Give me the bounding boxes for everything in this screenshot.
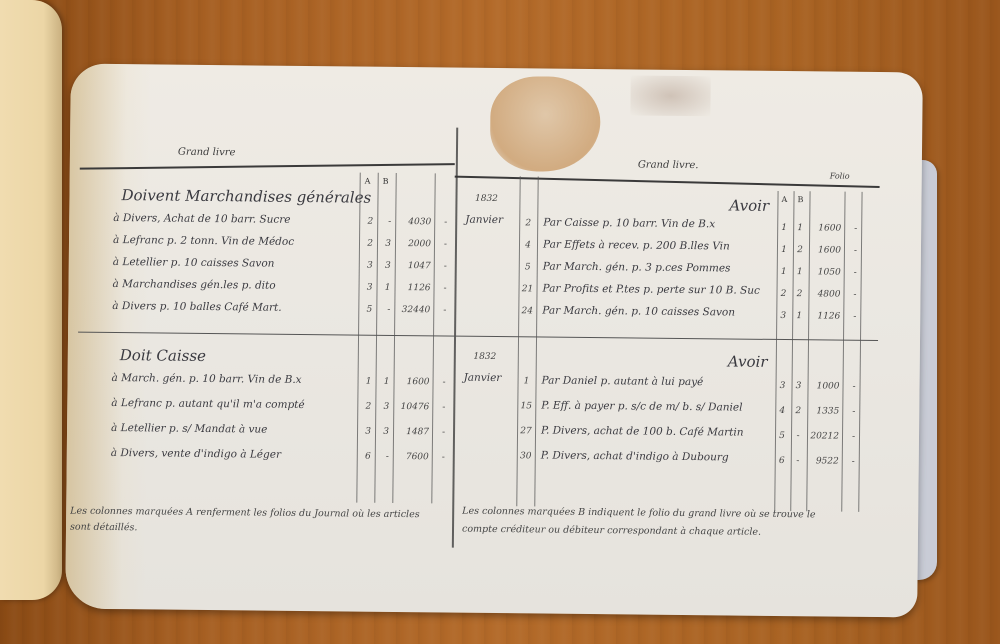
col-head-a: A bbox=[365, 177, 371, 186]
center-divider bbox=[452, 128, 458, 548]
ledger-page: Grand livre Grand livre. Folio A B A B D… bbox=[65, 64, 923, 618]
folio-label: Folio bbox=[830, 172, 850, 181]
footnote-left-line2: sont détaillés. bbox=[70, 522, 137, 534]
account-title: Doit Caisse bbox=[120, 346, 206, 365]
account-title: Doivent Marchandises générales bbox=[121, 186, 371, 207]
entry-year: 1832 bbox=[460, 352, 510, 363]
entry-month: Janvier bbox=[464, 372, 502, 384]
entry-year: 1832 bbox=[461, 194, 511, 205]
smudge-stain bbox=[630, 75, 710, 116]
footnote-right-line1: Les colonnes marquées B indiquent le fol… bbox=[462, 506, 815, 521]
col-line bbox=[858, 192, 862, 512]
col-head-a-right: A bbox=[781, 195, 787, 204]
col-head-b-right: B bbox=[797, 195, 803, 204]
top-rule-right bbox=[455, 176, 880, 188]
entry-month: Janvier bbox=[465, 214, 503, 226]
water-stain bbox=[490, 76, 601, 172]
facing-page-edge bbox=[0, 0, 62, 600]
col-head-b: B bbox=[383, 177, 389, 186]
right-header: Grand livre. bbox=[638, 159, 699, 171]
footnote-right-line2: compte créditeur ou débiteur corresponda… bbox=[462, 524, 761, 538]
avoir-label: Avoir bbox=[728, 352, 768, 370]
account-separator bbox=[78, 332, 878, 341]
left-header: Grand livre bbox=[178, 147, 236, 159]
avoir-label: Avoir bbox=[729, 196, 769, 214]
